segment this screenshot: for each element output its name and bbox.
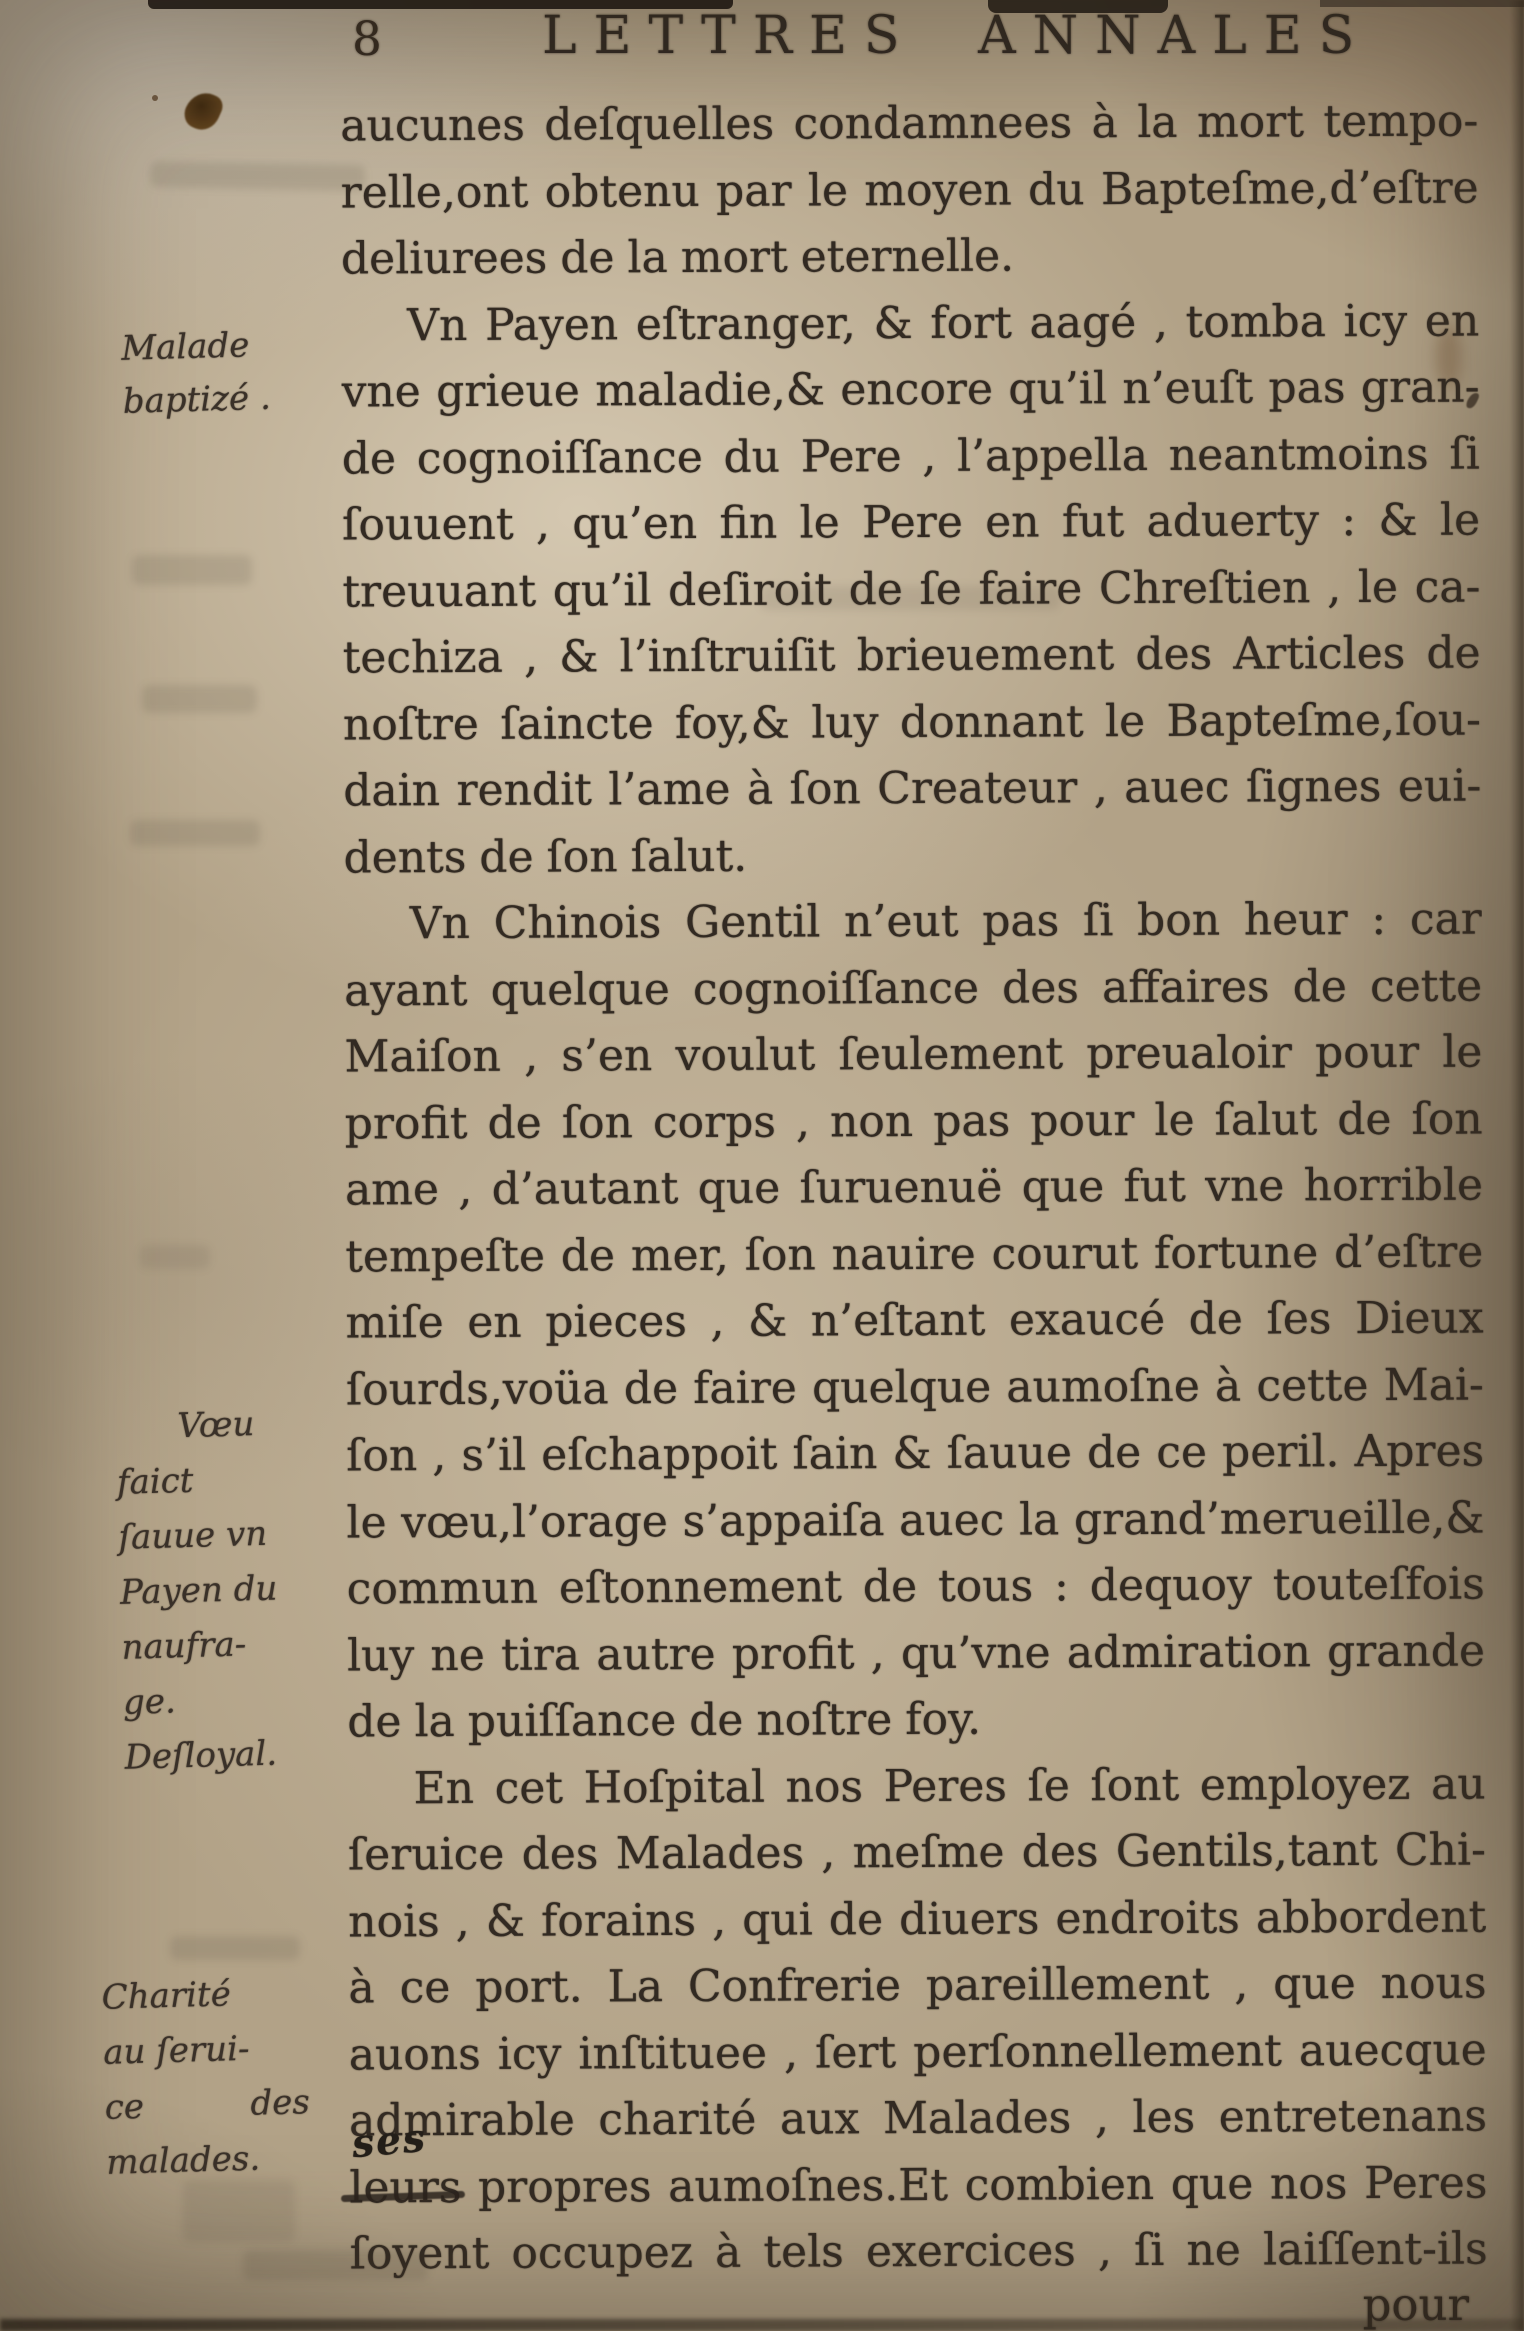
margin-note-line: Malade [121, 317, 327, 376]
text-line: aucunes deſquelles condamnees à la mort … [340, 89, 1478, 160]
margin-note-line: au ſerui- [103, 2020, 309, 2081]
text-line: ſon , s’il eſchappoit ſain & ſauue de ce… [346, 1419, 1484, 1490]
text-line: noſtre ſaincte foy,& luy donnant le Bapt… [343, 687, 1481, 758]
text-line: techiza , & l’inſtruiſit brieuement des … [343, 621, 1481, 692]
catchword: pour [345, 2278, 1483, 2331]
margin-note-line: ce des [104, 2075, 310, 2136]
bleedthrough-mark [142, 685, 257, 713]
bleedthrough-mark [183, 2180, 295, 2242]
text-line: ame , d’autant que ſuruenuë que fut vne … [345, 1153, 1483, 1224]
text-line: ſeruice des Malades , meſme des Gentils,… [348, 1818, 1486, 1889]
running-title: LETTRES ANNALES [542, 6, 1371, 66]
text-line: miſe en pieces , & n’eſtant exaucé de ſe… [345, 1286, 1483, 1357]
text-line: dents de ſon ſalut. [343, 820, 1481, 891]
margin-note-voeu-naufrage: Vœufaictſauue vnPayen dunaufra-ge.Deſloy… [115, 1395, 331, 1786]
page-number: 8 [352, 12, 382, 67]
margin-note-line: ſauue vn [118, 1505, 324, 1566]
text-line: de cognoiſſance du Pere , l’appella nean… [342, 421, 1480, 492]
text-line: treuuant qu’il deſiroit de ſe faire Chre… [342, 554, 1480, 625]
margin-note-line: naufra- [121, 1615, 327, 1676]
ink-speck [152, 95, 158, 101]
text-line: Vn Payen eſtranger, & fort aagé , tomba … [341, 288, 1479, 359]
page-edge-shadow-right [1510, 0, 1524, 2331]
text-line: nois , & forains , qui de diuers endroit… [348, 1884, 1486, 1955]
text-line: En cet Hoſpital nos Peres ſe ſont employ… [347, 1751, 1485, 1822]
text-line: à ce port. La Confrerie pareillement , q… [348, 1951, 1486, 2022]
text-line: ayant quelque cognoiſſance des affaires … [344, 953, 1482, 1024]
margin-note-malade-baptize: Maladebaptizé . [121, 317, 329, 429]
ink-blot [180, 87, 227, 136]
margin-note-line: Deſloyal. [124, 1725, 330, 1786]
text-line: commun eſtonnement de tous : dequoy tout… [347, 1552, 1485, 1623]
bleedthrough-mark [140, 1245, 210, 1269]
text-line: Vn Chinois Gentil n’eut pas ſi bon heur … [344, 887, 1482, 958]
text-line: profit de ſon corps , non pas pour le ſa… [345, 1086, 1483, 1157]
bleedthrough-mark [150, 161, 365, 191]
margin-note-charite-malades: Charitéau ſerui-ce desmalades. [101, 1965, 312, 2191]
bleedthrough-mark [130, 820, 260, 846]
margin-note-line: Charité [101, 1965, 307, 2026]
handwritten-correction: ses [350, 2115, 428, 2167]
margin-note-line: faict [116, 1450, 322, 1511]
margin-note-line: ge. [122, 1670, 328, 1731]
body-text: aucunes deſquelles condamnees à la mort … [340, 89, 1488, 2288]
text-line: ſourds,voüa de faire quelque aumoſne à c… [346, 1352, 1484, 1423]
margin-note-line: malades. [106, 2130, 312, 2191]
text-line: Maiſon , s’en voulut ſeulement preualoir… [344, 1020, 1482, 1091]
photographed-book-page: { "palette":{ "paper":"#b2a287", "ink":"… [0, 0, 1524, 2331]
text-line: de la puiſſance de noſtre foy. [347, 1685, 1485, 1756]
text-line: tempeſte de mer, ſon nauire courut fortu… [345, 1219, 1483, 1290]
margin-note-line: Vœu [115, 1395, 321, 1456]
page-background: 8 LETTRES ANNALES aucunes deſquelles con… [0, 0, 1524, 2331]
bleedthrough-mark [170, 1936, 300, 1960]
text-line: relle,ont obtenu par le moyen du Bapteſm… [341, 155, 1479, 226]
text-line: dain rendit l’ame à ſon Createur , auec … [343, 754, 1481, 825]
text-line: auons icy inſtituee , ſert perſonnelleme… [349, 2017, 1487, 2088]
text-line: ſouuent , qu’en fin le Pere en fut aduer… [342, 488, 1480, 559]
margin-note-line: Payen du [119, 1560, 325, 1621]
text-line: vne grieue maladie,& encore qu’il n’euſt… [341, 355, 1479, 426]
margin-note-line: baptizé . [122, 370, 328, 429]
text-line: admirable charité aux Malades , les entr… [349, 2084, 1487, 2155]
text-line: leurs propres aumoſnes.Et combien que no… [349, 2150, 1487, 2221]
text-line: luy ne tira autre profit , qu’vne admira… [347, 1618, 1485, 1689]
text-line: le vœu,l’orage s’appaiſa auec la grand’m… [346, 1485, 1484, 1556]
bleedthrough-mark [132, 555, 252, 585]
text-line: deliurees de la mort eternelle. [341, 222, 1479, 293]
